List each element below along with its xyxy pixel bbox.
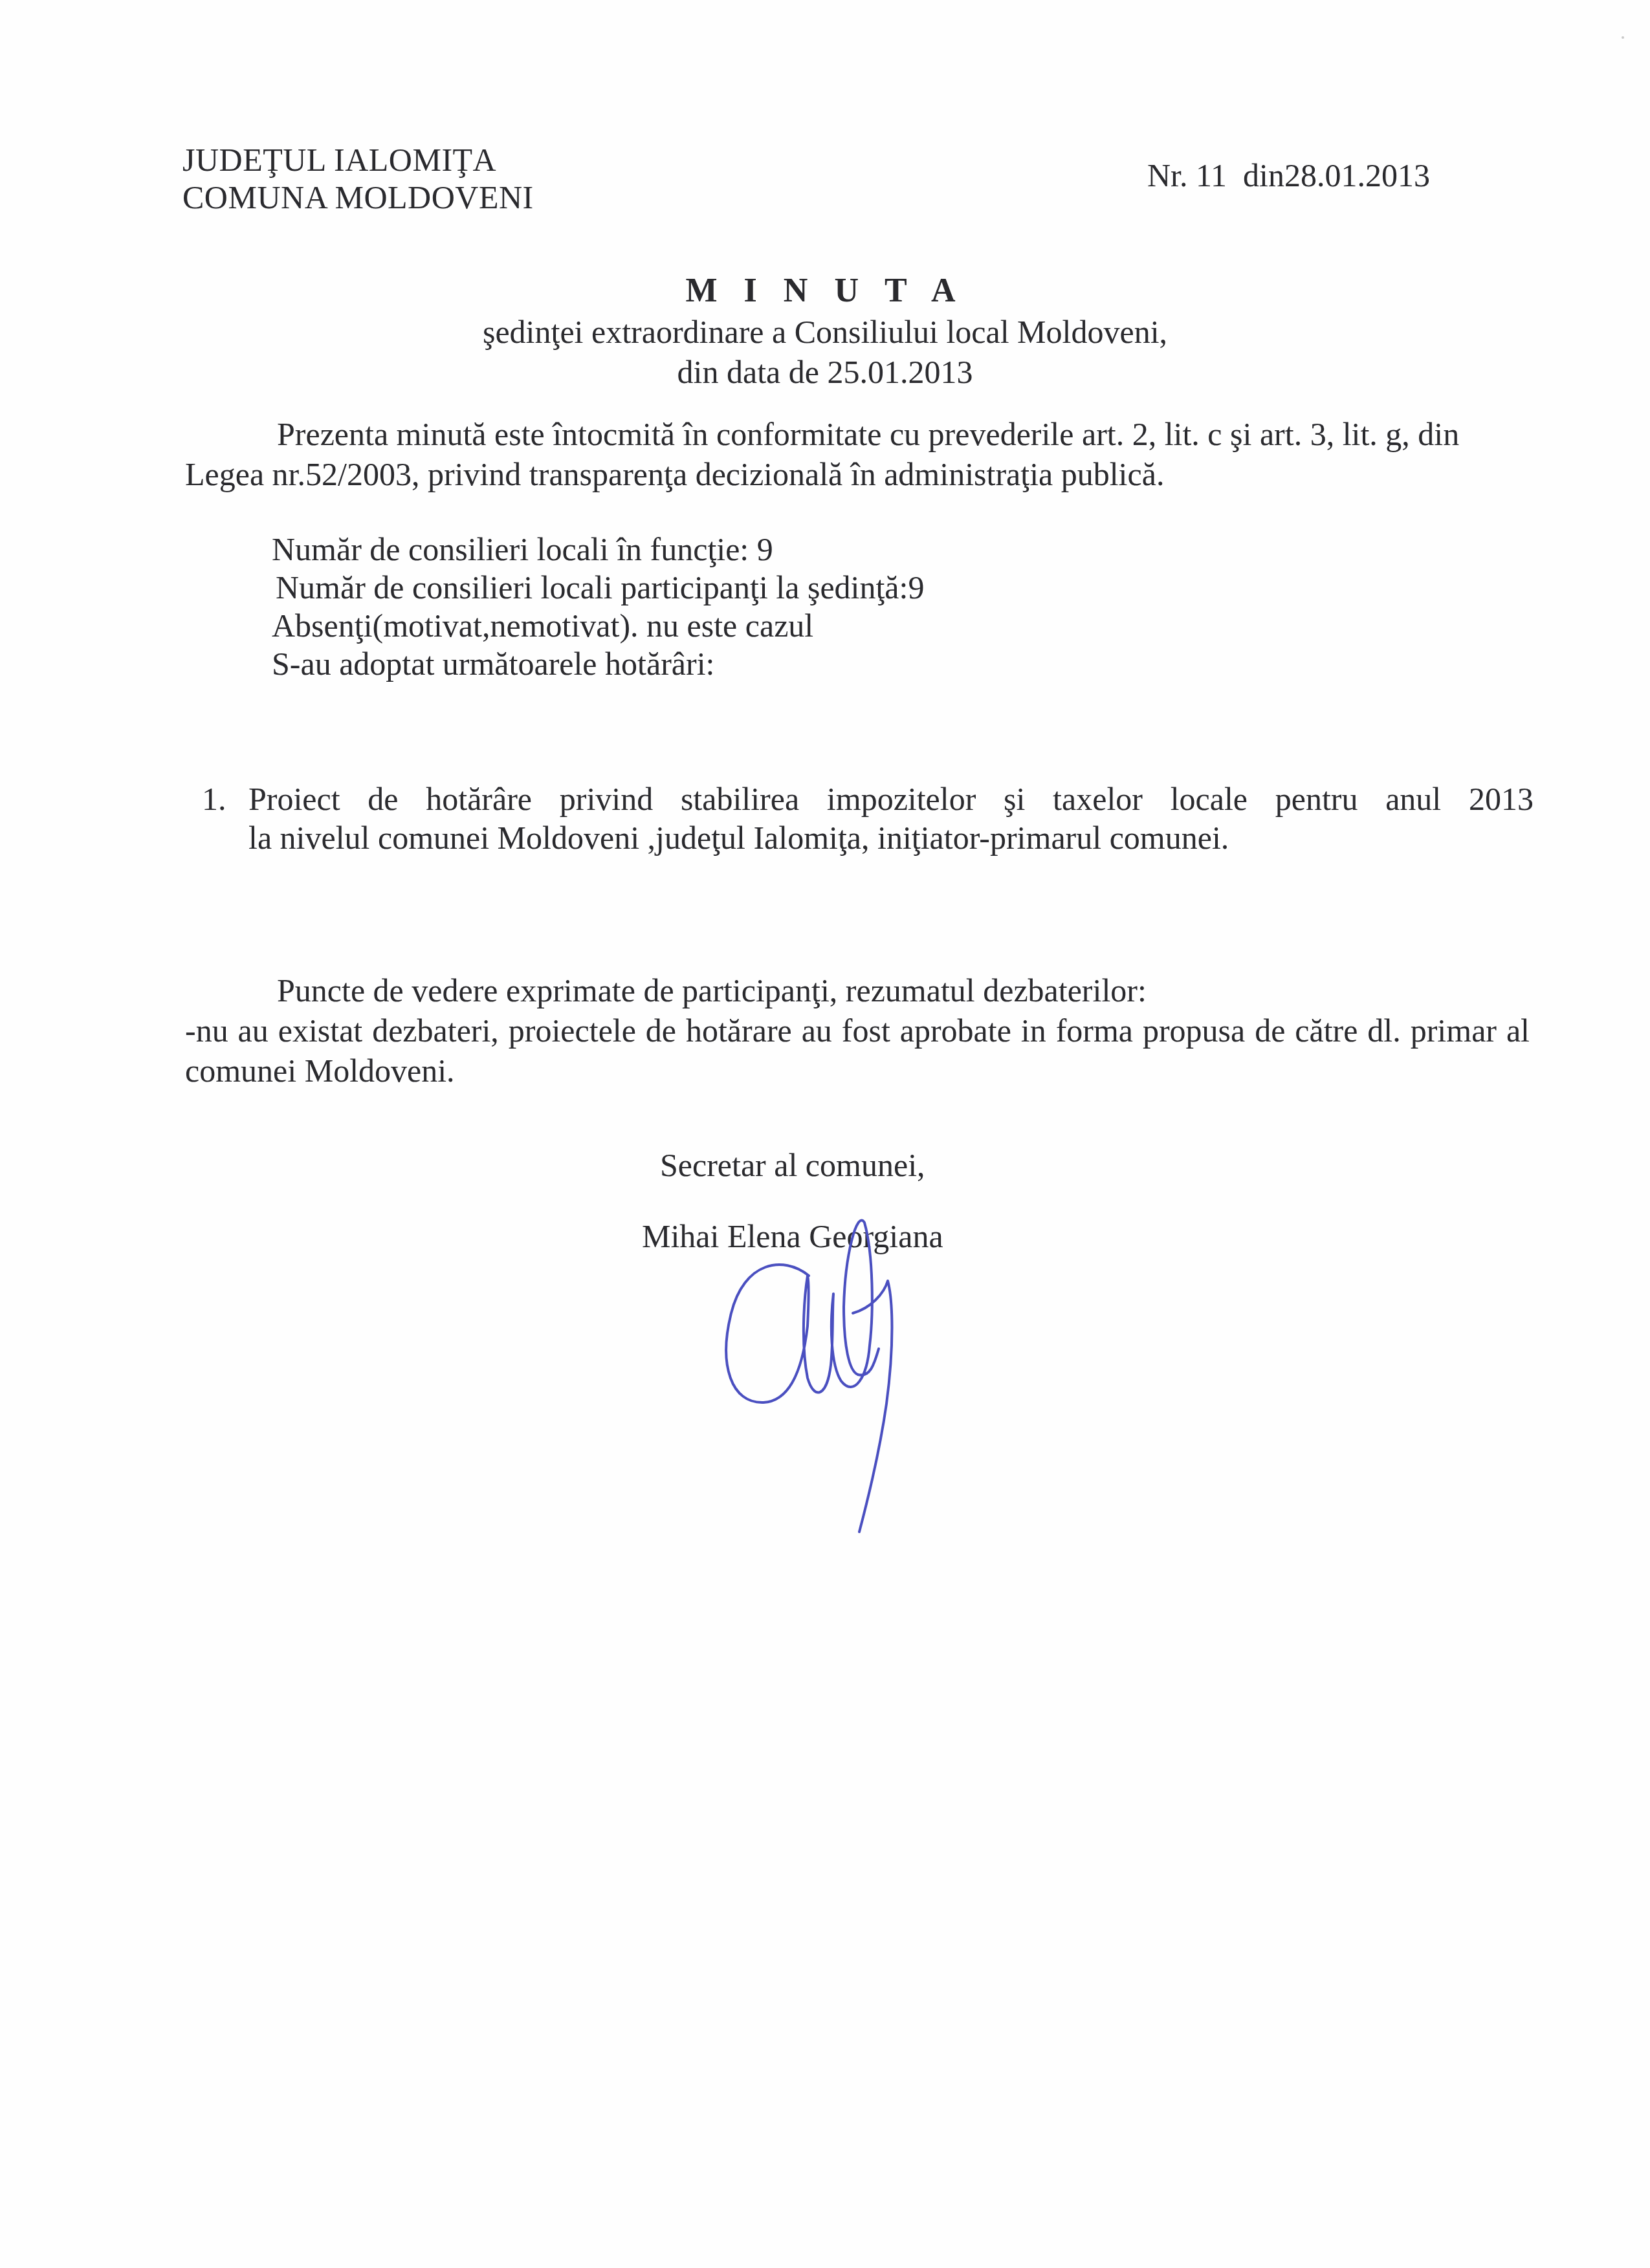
decision-word: pentru (1275, 780, 1358, 818)
decision-word: taxelor (1053, 780, 1143, 818)
registration-number: Nr. 11 din28.01.2013 (1147, 157, 1430, 194)
commune-name: COMUNA MOLDOVENI (182, 179, 534, 216)
decision-word: privind (560, 780, 653, 818)
decision-word: anul (1385, 780, 1441, 818)
decision-line-1: Proiectdehotărâreprivindstabilireaimpozi… (248, 780, 1534, 818)
discussion-body: -nu au existat dezbateri, proiectele de … (185, 1010, 1530, 1091)
decision-word: impozitelor (827, 780, 976, 818)
decisions-adopted-label: S-au adoptat următoarele hotărâri: (272, 645, 924, 683)
decision-text: Proiectdehotărâreprivindstabilireaimpozi… (248, 780, 1534, 857)
title-block: M I N U T A şedinţei extraordinare a Con… (0, 270, 1650, 392)
decisions-list: 1. Proiectdehotărâreprivindstabilireaimp… (202, 780, 1534, 857)
decision-word: hotărâre (426, 780, 532, 818)
decision-word: şi (1004, 780, 1025, 818)
discussion-heading: Puncte de vedere exprimate de participan… (185, 970, 1530, 1010)
councillors-absent: Absenţi(motivat,nemotivat). nu este cazu… (272, 607, 924, 645)
decision-word: stabilirea (681, 780, 799, 818)
issuer-header: JUDEŢUL IALOMIŢA COMUNA MOLDOVENI (182, 141, 534, 216)
document-subtitle: şedinţei extraordinare a Consiliului loc… (0, 312, 1650, 352)
meeting-date: din data de 25.01.2013 (0, 352, 1650, 392)
county-name: JUDEŢUL IALOMIŢA (182, 141, 534, 179)
legal-basis-line-1: Prezenta minută este întocmită în confor… (185, 414, 1530, 454)
attendance-stats: Număr de consilieri locali în funcţie: 9… (272, 530, 924, 683)
decision-item: 1. Proiectdehotărâreprivindstabilireaimp… (202, 780, 1534, 857)
scan-dot (1622, 36, 1624, 39)
signatory-role: Secretar al comunei, (660, 1146, 925, 1184)
councillors-in-office: Număr de consilieri locali în funcţie: 9 (272, 530, 924, 569)
councillors-present: Număr de consilieri locali participanţi … (272, 569, 924, 607)
legal-basis-line-2: Legea nr.52/2003, privind transparenţa d… (185, 454, 1530, 494)
decision-number: 1. (202, 780, 248, 857)
decision-word: de (368, 780, 398, 818)
discussion-summary: Puncte de vedere exprimate de participan… (185, 970, 1530, 1091)
legal-basis-paragraph: Prezenta minută este întocmită în confor… (185, 414, 1530, 494)
document-page: JUDEŢUL IALOMIŢA COMUNA MOLDOVENI Nr. 11… (0, 0, 1650, 2268)
decision-word: 2013 (1469, 780, 1534, 818)
decision-word: Proiect (248, 780, 340, 818)
decision-line-2: la nivelul comunei Moldoveni ,judeţul Ia… (248, 818, 1534, 857)
decision-word: locale (1171, 780, 1248, 818)
document-title: M I N U T A (0, 270, 1650, 312)
handwritten-signature-icon (712, 1216, 984, 1553)
